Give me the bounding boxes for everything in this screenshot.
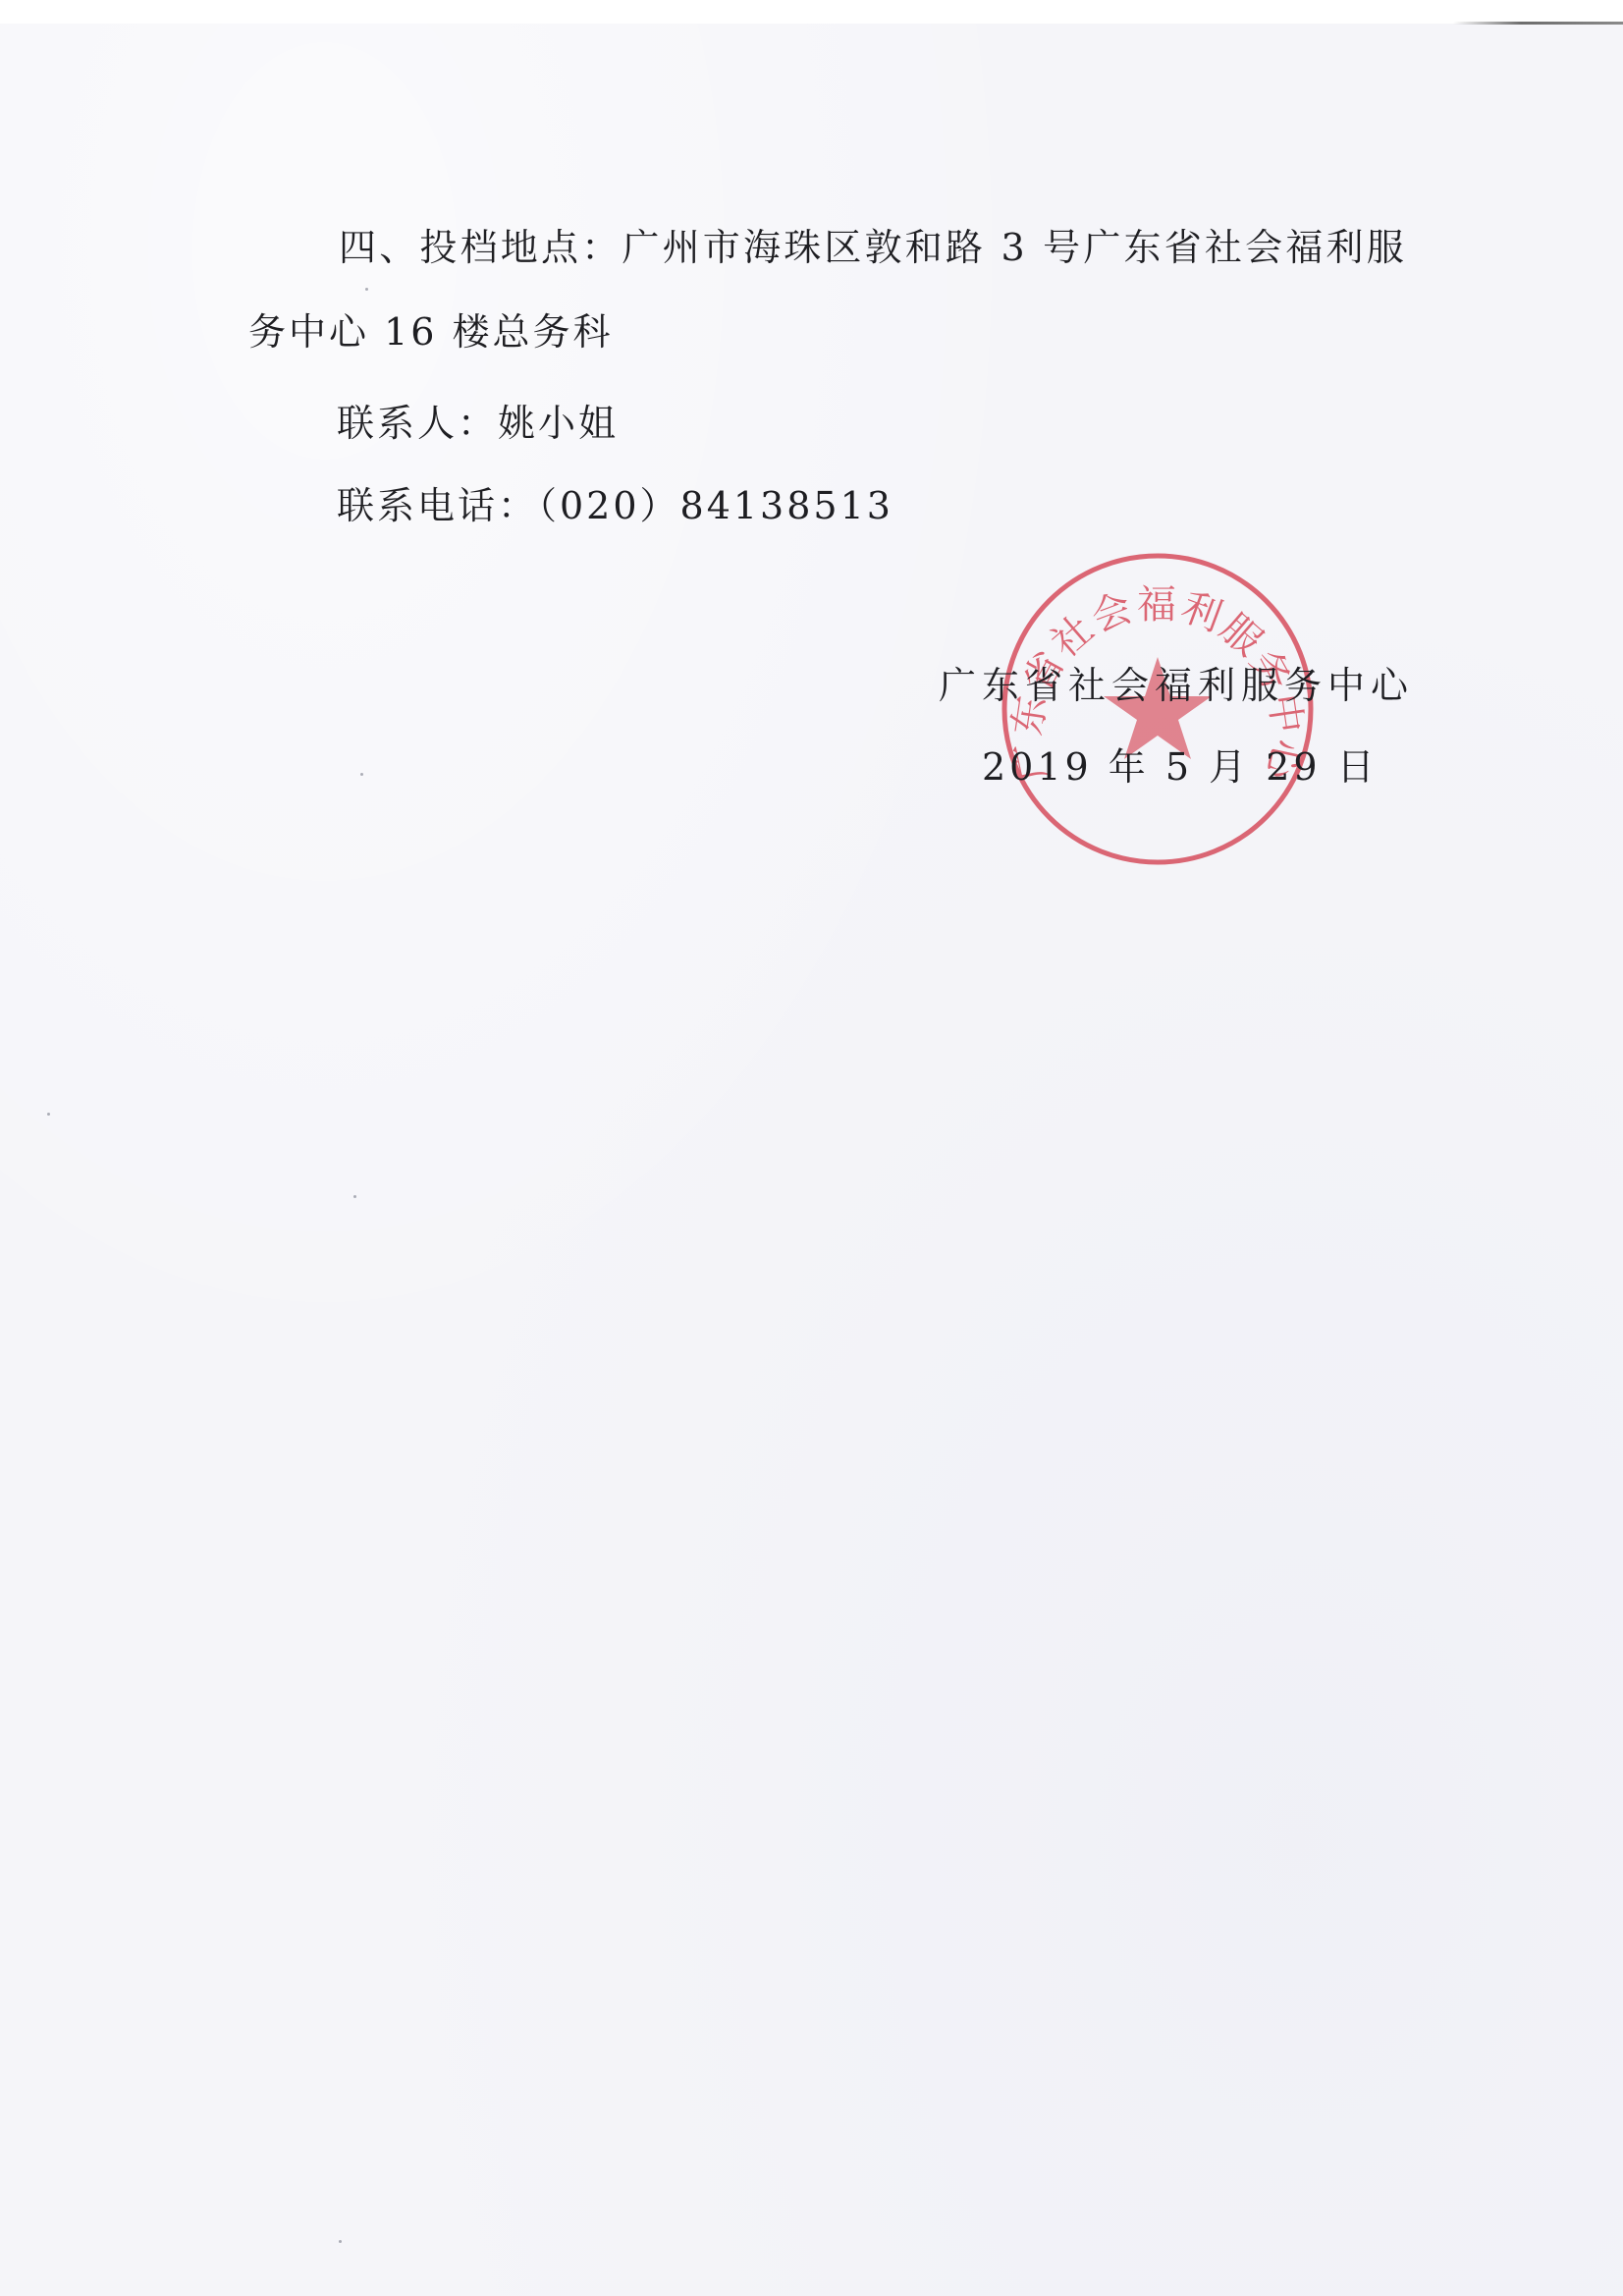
scan-speck [365,288,368,291]
scan-edge-shadow [1453,22,1623,25]
scan-speck [360,773,363,776]
scan-top-margin [0,0,1623,24]
scan-speck [339,2240,342,2243]
signing-organization: 广东省社会福利服务中心 [939,662,1414,709]
submission-location-continued: 务中心 16 楼总务科 [248,308,614,355]
contact-person-line: 联系人：姚小姐 [337,400,619,447]
signing-date: 2019 年 5 月 29 日 [982,743,1379,791]
scan-speck [353,1195,356,1198]
document-page [0,24,1623,2296]
submission-location-line: 四、投档地点：广州市海珠区敦和路 3 号广东省社会福利服 [339,224,1407,271]
contact-phone-line: 联系电话：（020）84138513 [337,482,893,529]
official-seal: 广东省社会福利服务中心 [1000,551,1316,867]
scan-speck [47,1113,50,1116]
